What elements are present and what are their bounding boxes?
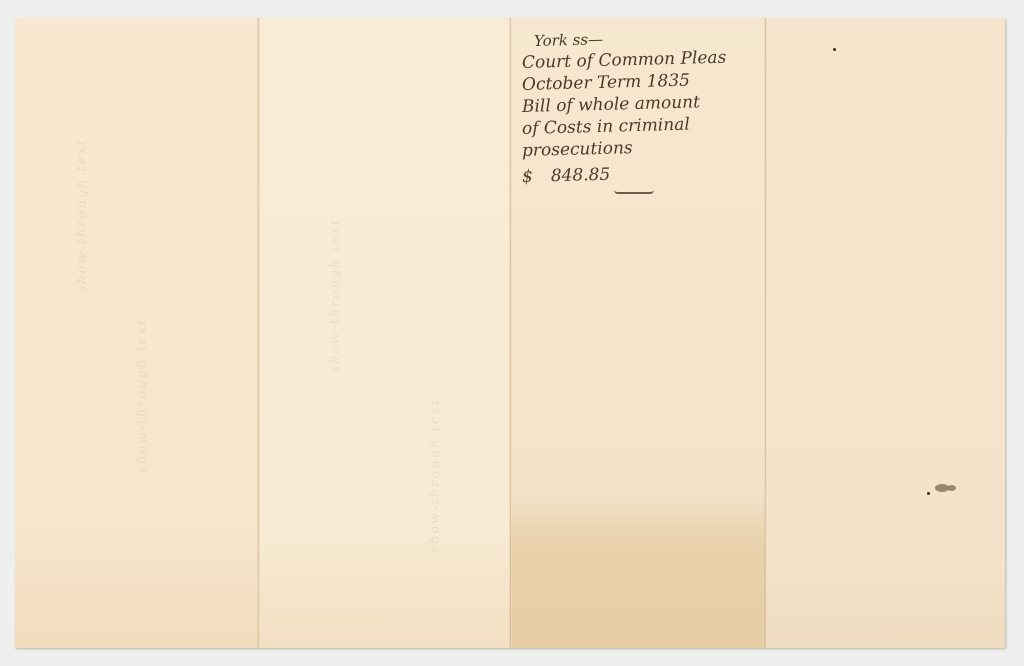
fold-panel-1: show-through text show-through text <box>15 18 258 648</box>
show-through-text: show-through text <box>428 398 443 553</box>
ink-speck <box>927 492 930 495</box>
fold-panel-2: show-through text show-through text <box>258 18 510 648</box>
show-through-text: show-through text <box>75 138 90 293</box>
document-sheet: show-through text show-through text show… <box>15 18 1005 648</box>
fold-line <box>764 18 767 648</box>
docket-amount: $848.85 <box>522 160 762 188</box>
show-through-text: show-through text <box>328 218 343 373</box>
fold-line <box>257 18 260 648</box>
amount-flourish <box>614 190 654 194</box>
ink-speck <box>833 48 836 51</box>
fold-panel-4 <box>765 18 1005 648</box>
dollar-sign: $ <box>522 167 533 187</box>
show-through-text: show-through text <box>135 318 150 473</box>
amount-value: 848.85 <box>551 165 611 187</box>
fold-line <box>509 18 512 648</box>
ink-stain <box>947 485 956 491</box>
docket-endorsement: York ss— Court of Common Pleas October T… <box>522 30 762 194</box>
